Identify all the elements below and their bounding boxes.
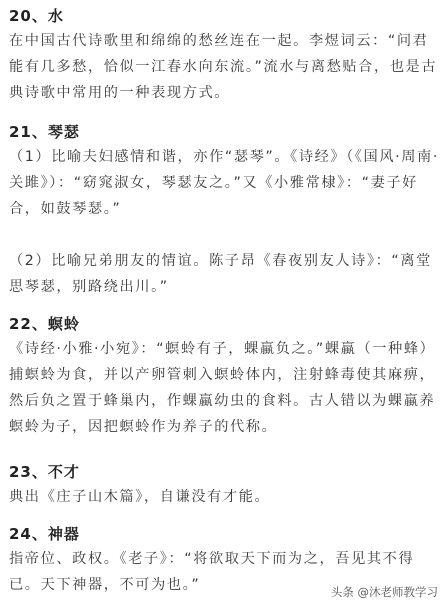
section-22-mingling: 22、螟蛉 《诗经·小雅·小宛》：“螟蛉有子，蜾蠃负之。”蜾蠃（一种蜂）捕螟蛉为… [9,312,441,440]
section-paragraph: （1）比喻夫妇感情和谐，亦作“瑟琴”。《诗经》（《国风·周南·关雎》）：“窈窕淑… [9,144,441,222]
section-heading: 24、神器 [9,522,441,546]
section-paragraph: 在中国古代诗歌里和绵绵的愁丝连在一起。李煜词云：“问君能有几多愁，恰似一江春水向… [9,28,441,106]
section-heading: 20、水 [9,4,441,28]
section-paragraph: （2）比喻兄弟朋友的情谊。陈子昂《春夜别友人诗》：“离堂思琴瑟，别路绕出川。” [9,248,441,300]
section-23-bucai: 23、不才 典出《庄子山木篇》，自谦没有才能。 [9,460,441,510]
section-paragraph: 典出《庄子山木篇》，自谦没有才能。 [9,484,441,510]
section-heading: 21、琴瑟 [9,120,441,144]
section-21-qinse: 21、琴瑟 （1）比喻夫妇感情和谐，亦作“瑟琴”。《诗经》（《国风·周南·关雎》… [9,120,441,300]
section-heading: 23、不才 [9,460,441,484]
section-heading: 22、螟蛉 [9,312,441,336]
section-paragraph: 《诗经·小雅·小宛》：“螟蛉有子，蜾蠃负之。”蜾蠃（一种蜂）捕螟蛉为食，并以产卵… [9,336,441,440]
source-watermark: 头条 @沐老师教学习 [331,584,438,600]
section-20-water: 20、水 在中国古代诗歌里和绵绵的愁丝连在一起。李煜词云：“问君能有几多愁，恰似… [9,4,441,106]
